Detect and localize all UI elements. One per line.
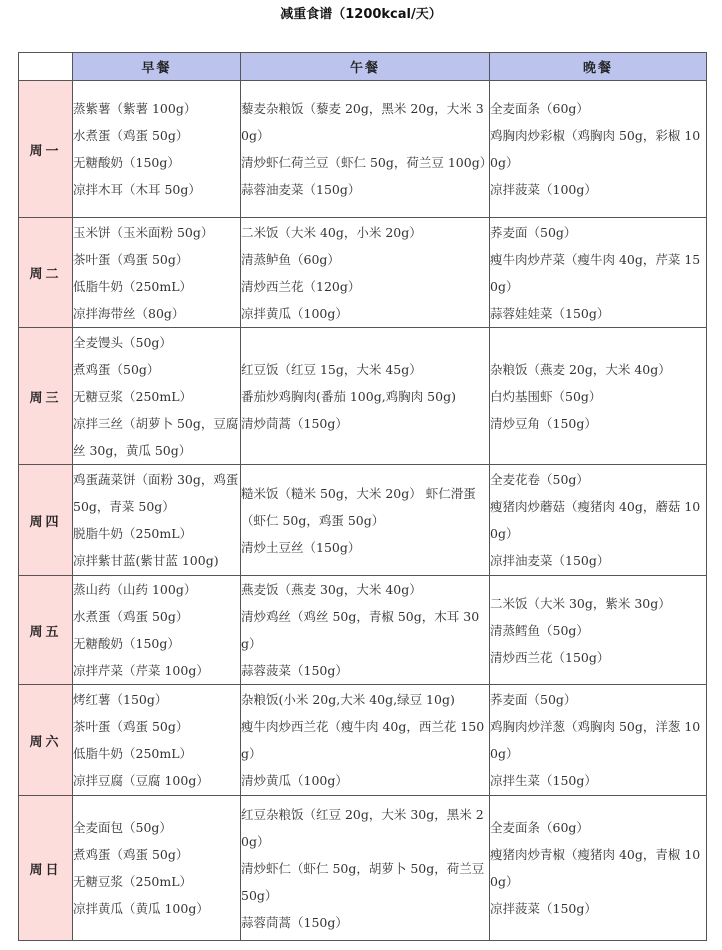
table-row: 周二玉米饼（玉米面粉 50g）茶叶蛋（鸡蛋 50g）低脂牛奶（250mL）凉拌海… [19, 218, 707, 328]
day-label: 周三 [19, 328, 73, 465]
breakfast-cell: 鸡蛋蔬菜饼（面粉 30g，鸡蛋 50g，青菜 50g）脱脂牛奶（250mL）凉拌… [73, 465, 241, 576]
day-label: 周日 [19, 796, 73, 941]
meal-item: 凉拌海带丝（80g） [73, 300, 240, 327]
meal-item: 无糖酸奶（150g） [73, 149, 240, 176]
lunch-cell: 杂粮饭(小米 20g,大米 40g,绿豆 10g)瘦牛肉炒西兰花（瘦牛肉 40g… [241, 685, 490, 796]
meal-item: 全麦面包（50g） [73, 814, 240, 841]
table-row: 周五蒸山药（山药 100g）水煮蛋（鸡蛋 50g）无糖酸奶（150g）凉拌芹菜（… [19, 576, 707, 685]
meal-item: 凉拌菠菜（100g） [490, 176, 706, 203]
meal-item: 清蒸鲈鱼（60g） [241, 246, 489, 273]
meal-item: 茶叶蛋（鸡蛋 50g） [73, 713, 240, 740]
meal-item: 红豆饭（红豆 15g，大米 45g） [241, 356, 489, 383]
lunch-cell: 糙米饭（糙米 50g，大米 20g） 虾仁滑蛋（虾仁 50g，鸡蛋 50g）清炒… [241, 465, 490, 576]
meal-item: 水煮蛋（鸡蛋 50g） [73, 122, 240, 149]
column-header-breakfast: 早餐 [73, 53, 241, 81]
meal-item: 二米饭（大米 30g，紫米 30g） [490, 590, 706, 617]
meal-item: 全麦花卷（50g） [490, 466, 706, 493]
meal-item: 水煮蛋（鸡蛋 50g） [73, 603, 240, 630]
meal-item: 清炒黄瓜（100g） [241, 767, 489, 794]
meal-item: 无糖酸奶（150g） [73, 630, 240, 657]
dinner-cell: 荞麦面（50g）瘦牛肉炒芹菜（瘦牛肉 40g，芹菜 150g）蒜蓉娃娃菜（150… [490, 218, 707, 328]
dinner-cell: 全麦面条（60g）鸡胸肉炒彩椒（鸡胸肉 50g，彩椒 100g）凉拌菠菜（100… [490, 81, 707, 218]
meal-item: 低脂牛奶（250mL） [73, 740, 240, 767]
meal-item: 蒜蓉油麦菜（150g） [241, 176, 489, 203]
meal-item: 凉拌黄瓜（100g） [241, 300, 489, 327]
table-row: 周四鸡蛋蔬菜饼（面粉 30g，鸡蛋 50g，青菜 50g）脱脂牛奶（250mL）… [19, 465, 707, 576]
meal-item: 凉拌生菜（150g） [490, 767, 706, 794]
meal-item: 凉拌木耳（木耳 50g） [73, 176, 240, 203]
meal-item: 二米饭（大米 40g，小米 20g） [241, 219, 489, 246]
lunch-cell: 藜麦杂粮饭（藜麦 20g，黑米 20g，大米 30g）清炒虾仁荷兰豆（虾仁 50… [241, 81, 490, 218]
meal-item: 燕麦饭（燕麦 30g，大米 40g） [241, 576, 489, 603]
breakfast-cell: 蒸紫薯（紫薯 100g）水煮蛋（鸡蛋 50g）无糖酸奶（150g）凉拌木耳（木耳… [73, 81, 241, 218]
day-label: 周五 [19, 576, 73, 685]
dinner-cell: 全麦花卷（50g）瘦猪肉炒蘑菇（瘦猪肉 40g，蘑菇 100g）凉拌油麦菜（15… [490, 465, 707, 576]
meal-item: 蒜蓉娃娃菜（150g） [490, 300, 706, 327]
dinner-cell: 二米饭（大米 30g，紫米 30g）清蒸鳕鱼（50g）清炒西兰花（150g） [490, 576, 707, 685]
meal-item: 清炒虾仁（虾仁 50g，胡萝卜 50g，荷兰豆 50g） [241, 855, 489, 909]
meal-item: 杂粮饭(小米 20g,大米 40g,绿豆 10g) [241, 686, 489, 713]
header-row: 早餐 午餐 晚餐 [19, 53, 707, 81]
meal-item: 红豆杂粮饭（红豆 20g，大米 30g，黑米 20g） [241, 801, 489, 855]
lunch-cell: 二米饭（大米 40g，小米 20g）清蒸鲈鱼（60g）清炒西兰花（120g）凉拌… [241, 218, 490, 328]
meal-item: 蒸紫薯（紫薯 100g） [73, 95, 240, 122]
day-label: 周六 [19, 685, 73, 796]
meal-item: 煮鸡蛋（鸡蛋 50g） [73, 841, 240, 868]
page-title: 减重食谱（1200kcal/天） [0, 3, 722, 22]
meal-item: 凉拌芹菜（芹菜 100g） [73, 657, 240, 684]
meal-item: 茶叶蛋（鸡蛋 50g） [73, 246, 240, 273]
breakfast-cell: 玉米饼（玉米面粉 50g）茶叶蛋（鸡蛋 50g）低脂牛奶（250mL）凉拌海带丝… [73, 218, 241, 328]
meal-item: 蒜蓉菠菜（150g） [241, 657, 489, 684]
meal-item: 清炒西兰花（150g） [490, 644, 706, 671]
meal-plan-table: 早餐 午餐 晚餐 周一蒸紫薯（紫薯 100g）水煮蛋（鸡蛋 50g）无糖酸奶（1… [18, 52, 707, 941]
meal-item: 荞麦面（50g） [490, 686, 706, 713]
column-header-lunch: 午餐 [241, 53, 490, 81]
meal-item: 凉拌三丝（胡萝卜 50g，豆腐丝 30g，黄瓜 50g） [73, 410, 240, 464]
table-row: 周六烤红薯（150g）茶叶蛋（鸡蛋 50g）低脂牛奶（250mL）凉拌豆腐（豆腐… [19, 685, 707, 796]
meal-item: 清蒸鳕鱼（50g） [490, 617, 706, 644]
breakfast-cell: 蒸山药（山药 100g）水煮蛋（鸡蛋 50g）无糖酸奶（150g）凉拌芹菜（芹菜… [73, 576, 241, 685]
meal-item: 烤红薯（150g） [73, 686, 240, 713]
table-row: 周三全麦馒头（50g）煮鸡蛋（50g）无糖豆浆（250mL）凉拌三丝（胡萝卜 5… [19, 328, 707, 465]
meal-item: 瘦牛肉炒芹菜（瘦牛肉 40g，芹菜 150g） [490, 246, 706, 300]
dinner-cell: 杂粮饭（燕麦 20g，大米 40g）白灼基围虾（50g）清炒豆角（150g） [490, 328, 707, 465]
day-label: 周二 [19, 218, 73, 328]
meal-item: 清炒虾仁荷兰豆（虾仁 50g，荷兰豆 100g） [241, 149, 489, 176]
meal-item: 瘦猪肉炒青椒（瘦猪肉 40g，青椒 100g） [490, 841, 706, 895]
meal-item: 全麦面条（60g） [490, 95, 706, 122]
meal-item: 藜麦杂粮饭（藜麦 20g，黑米 20g，大米 30g） [241, 95, 489, 149]
meal-item: 凉拌紫甘蓝(紫甘蓝 100g) [73, 547, 240, 574]
meal-item: 番茄炒鸡胸肉(番茄 100g,鸡胸肉 50g) [241, 383, 489, 410]
meal-item: 鸡胸肉炒洋葱（鸡胸肉 50g，洋葱 100g） [490, 713, 706, 767]
dinner-cell: 全麦面条（60g）瘦猪肉炒青椒（瘦猪肉 40g，青椒 100g）凉拌菠菜（150… [490, 796, 707, 941]
breakfast-cell: 烤红薯（150g）茶叶蛋（鸡蛋 50g）低脂牛奶（250mL）凉拌豆腐（豆腐 1… [73, 685, 241, 796]
meal-item: 清炒豆角（150g） [490, 410, 706, 437]
meal-item: 无糖豆浆（250mL） [73, 868, 240, 895]
meal-item: 无糖豆浆（250mL） [73, 383, 240, 410]
corner-cell [19, 53, 73, 81]
meal-item: 蒜蓉茼蒿（150g） [241, 909, 489, 936]
meal-item: 清炒西兰花（120g） [241, 273, 489, 300]
meal-item: 煮鸡蛋（50g） [73, 356, 240, 383]
lunch-cell: 红豆饭（红豆 15g，大米 45g）番茄炒鸡胸肉(番茄 100g,鸡胸肉 50g… [241, 328, 490, 465]
meal-item: 玉米饼（玉米面粉 50g） [73, 219, 240, 246]
meal-item: 凉拌豆腐（豆腐 100g） [73, 767, 240, 794]
meal-item: 蒸山药（山药 100g） [73, 576, 240, 603]
day-label: 周四 [19, 465, 73, 576]
meal-item: 清炒茼蒿（150g） [241, 410, 489, 437]
table-row: 周日全麦面包（50g）煮鸡蛋（鸡蛋 50g）无糖豆浆（250mL）凉拌黄瓜（黄瓜… [19, 796, 707, 941]
dinner-cell: 荞麦面（50g）鸡胸肉炒洋葱（鸡胸肉 50g，洋葱 100g）凉拌生菜（150g… [490, 685, 707, 796]
meal-item: 脱脂牛奶（250mL） [73, 520, 240, 547]
meal-item: 全麦馒头（50g） [73, 329, 240, 356]
meal-item: 瘦牛肉炒西兰花（瘦牛肉 40g，西兰花 150g） [241, 713, 489, 767]
meal-item: 糙米饭（糙米 50g，大米 20g） 虾仁滑蛋（虾仁 50g，鸡蛋 50g） [241, 480, 489, 534]
meal-item: 低脂牛奶（250mL） [73, 273, 240, 300]
meal-item: 杂粮饭（燕麦 20g，大米 40g） [490, 356, 706, 383]
lunch-cell: 红豆杂粮饭（红豆 20g，大米 30g，黑米 20g）清炒虾仁（虾仁 50g，胡… [241, 796, 490, 941]
meal-item: 荞麦面（50g） [490, 219, 706, 246]
meal-item: 全麦面条（60g） [490, 814, 706, 841]
breakfast-cell: 全麦面包（50g）煮鸡蛋（鸡蛋 50g）无糖豆浆（250mL）凉拌黄瓜（黄瓜 1… [73, 796, 241, 941]
day-label: 周一 [19, 81, 73, 218]
meal-item: 凉拌黄瓜（黄瓜 100g） [73, 895, 240, 922]
meal-item: 鸡胸肉炒彩椒（鸡胸肉 50g，彩椒 100g） [490, 122, 706, 176]
meal-item: 瘦猪肉炒蘑菇（瘦猪肉 40g，蘑菇 100g） [490, 493, 706, 547]
meal-item: 清炒土豆丝（150g） [241, 534, 489, 561]
breakfast-cell: 全麦馒头（50g）煮鸡蛋（50g）无糖豆浆（250mL）凉拌三丝（胡萝卜 50g… [73, 328, 241, 465]
meal-item: 白灼基围虾（50g） [490, 383, 706, 410]
column-header-dinner: 晚餐 [490, 53, 707, 81]
meal-item: 凉拌菠菜（150g） [490, 895, 706, 922]
meal-item: 鸡蛋蔬菜饼（面粉 30g，鸡蛋 50g，青菜 50g） [73, 466, 240, 520]
meal-item: 清炒鸡丝（鸡丝 50g，青椒 50g，木耳 30g） [241, 603, 489, 657]
table-row: 周一蒸紫薯（紫薯 100g）水煮蛋（鸡蛋 50g）无糖酸奶（150g）凉拌木耳（… [19, 81, 707, 218]
lunch-cell: 燕麦饭（燕麦 30g，大米 40g）清炒鸡丝（鸡丝 50g，青椒 50g，木耳 … [241, 576, 490, 685]
meal-item: 凉拌油麦菜（150g） [490, 547, 706, 574]
